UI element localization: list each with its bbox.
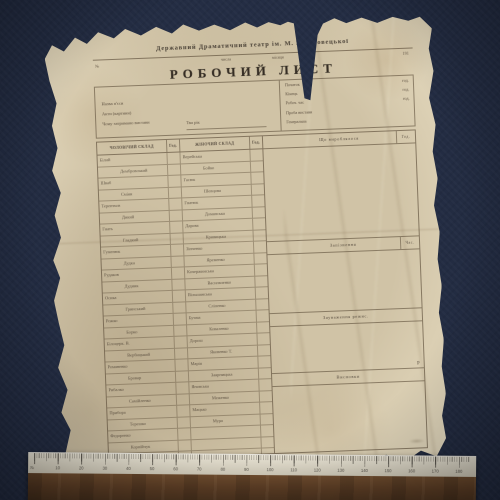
female-hours xyxy=(254,253,266,264)
female-hours xyxy=(253,207,265,218)
ruler-number: 160 xyxy=(408,468,415,473)
female-hours xyxy=(255,276,267,287)
conclusions-title: Висновки xyxy=(337,374,360,380)
ruler-number: 180 xyxy=(455,469,462,474)
month-word: місяця xyxy=(272,54,284,59)
info-box: Назва п'єси Акти (картини) Чому затриман… xyxy=(94,74,416,138)
male-hours xyxy=(178,417,191,428)
female-hours xyxy=(256,299,268,310)
end-label: Кінець xyxy=(285,91,297,96)
male-hours xyxy=(175,359,188,370)
ruler-wood-body xyxy=(28,473,476,500)
photo-scene: Державний Драматичний театр ім. М. Заньк… xyxy=(0,0,500,500)
male-hours xyxy=(177,405,190,416)
male-hours xyxy=(175,336,188,347)
worksheet-content: Державний Драматичний театр ім. М. Заньк… xyxy=(92,35,428,457)
female-hours xyxy=(252,184,264,195)
conclusions-section-box xyxy=(273,381,427,453)
male-hours xyxy=(174,313,187,324)
ruler-number: 140 xyxy=(361,468,368,473)
male-hours xyxy=(168,175,181,186)
male-hours xyxy=(175,348,188,359)
ruler-number: 150 xyxy=(385,468,392,473)
male-hours xyxy=(170,210,183,221)
female-hours xyxy=(259,379,271,390)
male-hours xyxy=(168,164,181,175)
year-label: 191 xyxy=(402,51,408,56)
female-hours xyxy=(253,230,265,241)
female-hours xyxy=(257,310,269,321)
play-name-field: Назва п'єси xyxy=(101,101,123,107)
delay-reason-field: Чому затримано вистави xyxy=(102,120,150,127)
ruler-number: 120 xyxy=(314,468,321,473)
produced-corner-cell: Год. xyxy=(396,130,415,143)
produced-section-box xyxy=(263,143,418,242)
female-hours xyxy=(253,218,265,229)
center-field: Тва рік xyxy=(186,117,280,132)
number-label: № xyxy=(95,64,99,69)
female-hours xyxy=(256,287,268,298)
info-right: Початок год. Кінець год. Робоч. час год.… xyxy=(279,75,415,130)
female-hours xyxy=(260,391,272,402)
female-hours xyxy=(260,402,272,413)
female-hours xyxy=(254,241,266,252)
hours-header-1: Год. xyxy=(167,139,180,151)
male-hours xyxy=(176,382,189,393)
male-hours xyxy=(170,221,183,232)
ruler-number: 90 xyxy=(244,467,249,472)
ruler-brand-mark: № xyxy=(30,465,34,470)
male-hours xyxy=(171,244,184,255)
ruler-number: 80 xyxy=(221,467,226,472)
female-hours xyxy=(261,414,273,425)
female-hours xyxy=(252,195,264,206)
female-hours xyxy=(250,149,262,160)
male-hours xyxy=(172,279,185,290)
start-label: Початок xyxy=(285,82,300,88)
female-hours xyxy=(259,368,271,379)
female-hours xyxy=(258,345,270,356)
male-hours xyxy=(171,256,184,267)
work-hours-suffix: год. xyxy=(403,96,410,101)
ruler-number: 20 xyxy=(79,465,84,470)
general-label: Генеральна xyxy=(286,118,306,124)
cast-table: ЧОЛОВІЧИЙ СКЛАД Год. ЖІНОЧИЙ СКЛАД Год. … xyxy=(97,136,275,459)
male-hours xyxy=(177,394,190,405)
male-hours xyxy=(167,152,180,163)
male-hours xyxy=(178,440,191,451)
male-hours xyxy=(172,267,185,278)
ruler-number: 40 xyxy=(126,466,131,471)
right-panel: Що вироблялося Год. Запізнення Час. Заув… xyxy=(263,130,427,453)
male-hours xyxy=(173,302,186,313)
worksheet-paper: Державний Драматичний театр ім. М. Заньк… xyxy=(44,13,449,476)
remarks-section-box: Р xyxy=(270,321,424,374)
ruler-number: 170 xyxy=(432,469,439,474)
ruler-number: 10 xyxy=(55,465,60,470)
male-hours xyxy=(171,233,184,244)
female-hours xyxy=(251,161,263,172)
female-hours xyxy=(258,356,270,367)
ruler-cm-ticks xyxy=(34,453,470,468)
male-hours xyxy=(178,428,191,439)
lateness-corner-cell: Час. xyxy=(400,236,419,249)
ruler-number: 50 xyxy=(150,466,155,471)
male-hours xyxy=(169,198,182,209)
female-hours xyxy=(261,437,273,448)
start-suffix: год. xyxy=(402,78,409,83)
acts-field: Акти (картини) xyxy=(102,110,132,116)
lateness-section-box xyxy=(267,249,421,314)
produced-title: Що вироблялося xyxy=(319,136,359,143)
male-hours xyxy=(173,290,186,301)
ruler-number: 100 xyxy=(267,467,274,472)
male-hours xyxy=(176,371,189,382)
ruler-number: 130 xyxy=(337,468,344,473)
male-hours xyxy=(174,325,187,336)
female-hours xyxy=(255,264,267,275)
female-hours xyxy=(251,172,263,183)
hours-header-2: Год. xyxy=(250,136,262,148)
ruler-number: 30 xyxy=(103,466,108,471)
wooden-ruler: № 10203040506070809010011012013014015016… xyxy=(28,452,476,500)
main-area: ЧОЛОВІЧИЙ СКЛАД Год. ЖІНОЧИЙ СКЛАД Год. … xyxy=(96,129,428,460)
remarks-title: Зауваження режис. xyxy=(323,313,369,320)
rehearsal-label: Проба вистави xyxy=(286,109,312,115)
remarks-footnote: Р xyxy=(417,361,420,366)
female-hours xyxy=(261,425,273,436)
day-word: числа xyxy=(221,56,231,61)
cast-rows: БілийВерейськаДембровськийБойкоШвабГасюк… xyxy=(97,149,274,477)
female-hours xyxy=(257,322,269,333)
end-suffix: год. xyxy=(402,87,409,92)
male-hours xyxy=(169,187,182,198)
ruler-number: 110 xyxy=(290,467,297,472)
ruler-number: 70 xyxy=(197,467,202,472)
info-left: Назва п'єси Акти (картини) Чому затриман… xyxy=(95,81,281,138)
female-hours xyxy=(257,333,269,344)
work-hours-label: Робоч. час xyxy=(286,100,305,106)
lateness-title: Запізнення xyxy=(330,242,357,248)
ruler-number: 60 xyxy=(173,466,178,471)
pencil-smudge xyxy=(409,438,425,444)
